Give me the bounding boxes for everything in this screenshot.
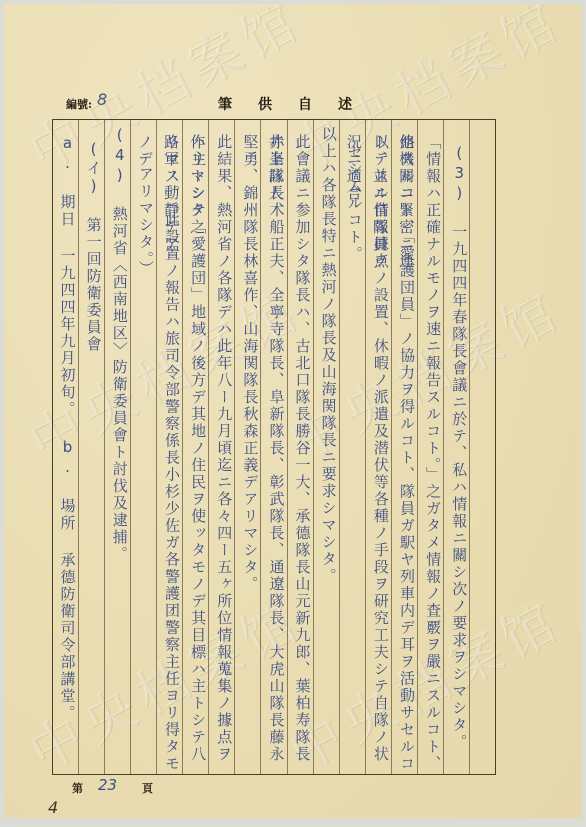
text-column: 以上ハ各隊長特ニ熱河ノ隊長及山海関隊長ニ要求シマシタ。 [315,126,342,585]
page-number-suffix: 頁 [142,780,153,796]
text-column: 此結果、熱河省ノ各隊デハ此年八ー九月頃迄ニ各々四ー五ヶ所位情報蒐集ノ據点ヲ作リマ… [210,134,237,774]
text-column: a. 期日 一九四四年九月初旬。 b. 場所 承德防衛司令部講堂。 [54,134,81,722]
margin-mark: 4 [48,798,58,817]
text-column: アリマシタ。） [132,166,159,278]
text-column: 以テスル情報據点ノ設置、休暇ノ派遣及潜伏等各種ノ手段ヲ研究工夫シテ自隊ノ状況ニ適… [367,134,394,774]
page-number-prefix: 第 [72,780,83,796]
text-column: セシムルコト。 [341,144,368,263]
page-title: 筆供自述 [0,94,586,114]
text-column: (4) 熱河省〈西南地区〉防衛委員會ト討伐及逮捕。 [106,126,133,563]
page-number: 23 [98,776,117,794]
text-column: 絡スルコト、「愛護団員」ノ協力ヲ得ルコト、隊員ガ駅ヤ列車内デ耳ヲ活動サセルコト、… [393,134,420,774]
manuscript-grid: (3) 一九四四年春隊長會議ニ於テ、私ハ情報ニ關シ次ノ要求ヲシマシタ。「情報ハ正… [52,119,496,775]
text-column: (3) 一九四四年春隊長會議ニ於テ、私ハ情報ニ關シ次ノ要求ヲシマシタ。 [445,144,472,751]
text-column: リマス。（此設置ノ報告ハ旅司令部警察係長小杉少佐ガ各警護团警察主任ヨリ得タモノデ [158,134,185,774]
text-column: ハ主トシテ「愛護団」地域ノ後方デ其地ノ住民ヲ使ッタモノデ其目標ハ主トシテ八路軍ノ… [184,134,211,774]
text-column: (イ) 第一回防衛委員會 [80,140,107,353]
text-column: 赤峯隊長木船正夫、全寧寺隊長、阜新隊長、彰武隊長、通遼隊長、大虎山隊長藤永 [262,134,289,763]
text-column: 「情報ハ正確ナルモノヲ速ニ報告スルコト。」之ガタメ情報ノ査覈ヲ嚴ニスルコト、他機… [419,134,446,774]
text-column: 此會議ニ参加シタ隊長ハ、古北口隊長勝谷一大、承德隊長山元新九郎、葉柏寿隊長井上該… [289,134,316,774]
text-column: 堅勇、錦州隊長林喜作、山海関隊長秋森正義デアリマシタ。 [236,134,263,593]
